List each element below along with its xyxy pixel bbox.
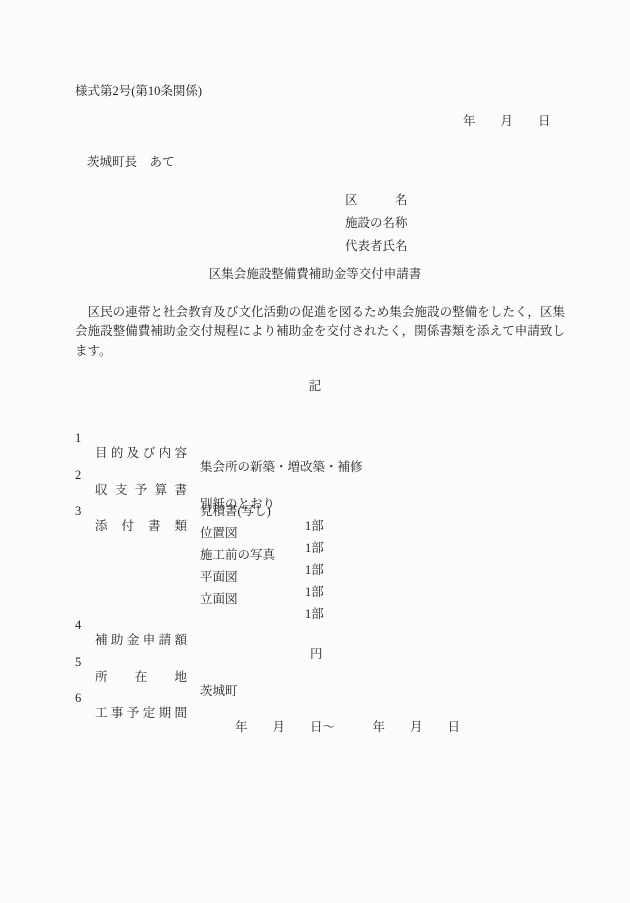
item-row-subsidy-amount: 4 補助金申請額 円 — [0, 604, 630, 620]
applicant-field-district-name: 区 名 — [345, 193, 408, 207]
item-number: 4 — [75, 618, 81, 632]
item-row-budget: 2 収支予算書 別紙のとおり — [0, 454, 630, 470]
attachment-row: 立面図 1部 — [0, 578, 630, 594]
applicant-field-facility-name: 施設の名称 — [345, 216, 408, 230]
item-row-location: 5 所在地 茨城町 — [0, 641, 630, 657]
item-label: 工事予定期間 — [95, 706, 187, 720]
item-number: 1 — [75, 431, 81, 445]
attachment-row: 平面図 1部 — [0, 556, 630, 572]
item-row-construction-period: 6 工事予定期間 年 月 日～ 年 月 日 — [0, 677, 630, 693]
attachment-row: 見積書(写し) 1部 — [0, 490, 630, 506]
item-value: 年 月 日～ 年 月 日 — [235, 720, 460, 734]
list-marker: 記 — [0, 379, 630, 393]
applicant-field-representative-name: 代表者氏名 — [345, 239, 408, 253]
date-line: 年 月 日 — [463, 114, 551, 128]
item-number: 5 — [75, 655, 81, 669]
attachment-row: 施工前の写真 1部 — [0, 534, 630, 550]
form-number: 様式第2号(第10条関係) — [75, 84, 202, 98]
body-paragraph: 区民の連帯と社会教育及び文化活動の促進を図るため集会施設の整備をしたく，区集会施… — [75, 303, 565, 361]
item-number: 2 — [75, 468, 81, 482]
item-number: 6 — [75, 691, 81, 705]
application-form-page: 様式第2号(第10条関係) 年 月 日 茨城町長 あて 区 名 施設の名称 代表… — [0, 0, 630, 903]
addressee-line: 茨城町長 あて — [87, 155, 175, 169]
document-title: 区集会施設整備費補助金等交付申請書 — [0, 267, 630, 281]
item-row-purpose: 1 目的及び内容 集会所の新築・増改築・補修 — [0, 417, 630, 433]
attachment-row: 位置図 1部 — [0, 512, 630, 528]
